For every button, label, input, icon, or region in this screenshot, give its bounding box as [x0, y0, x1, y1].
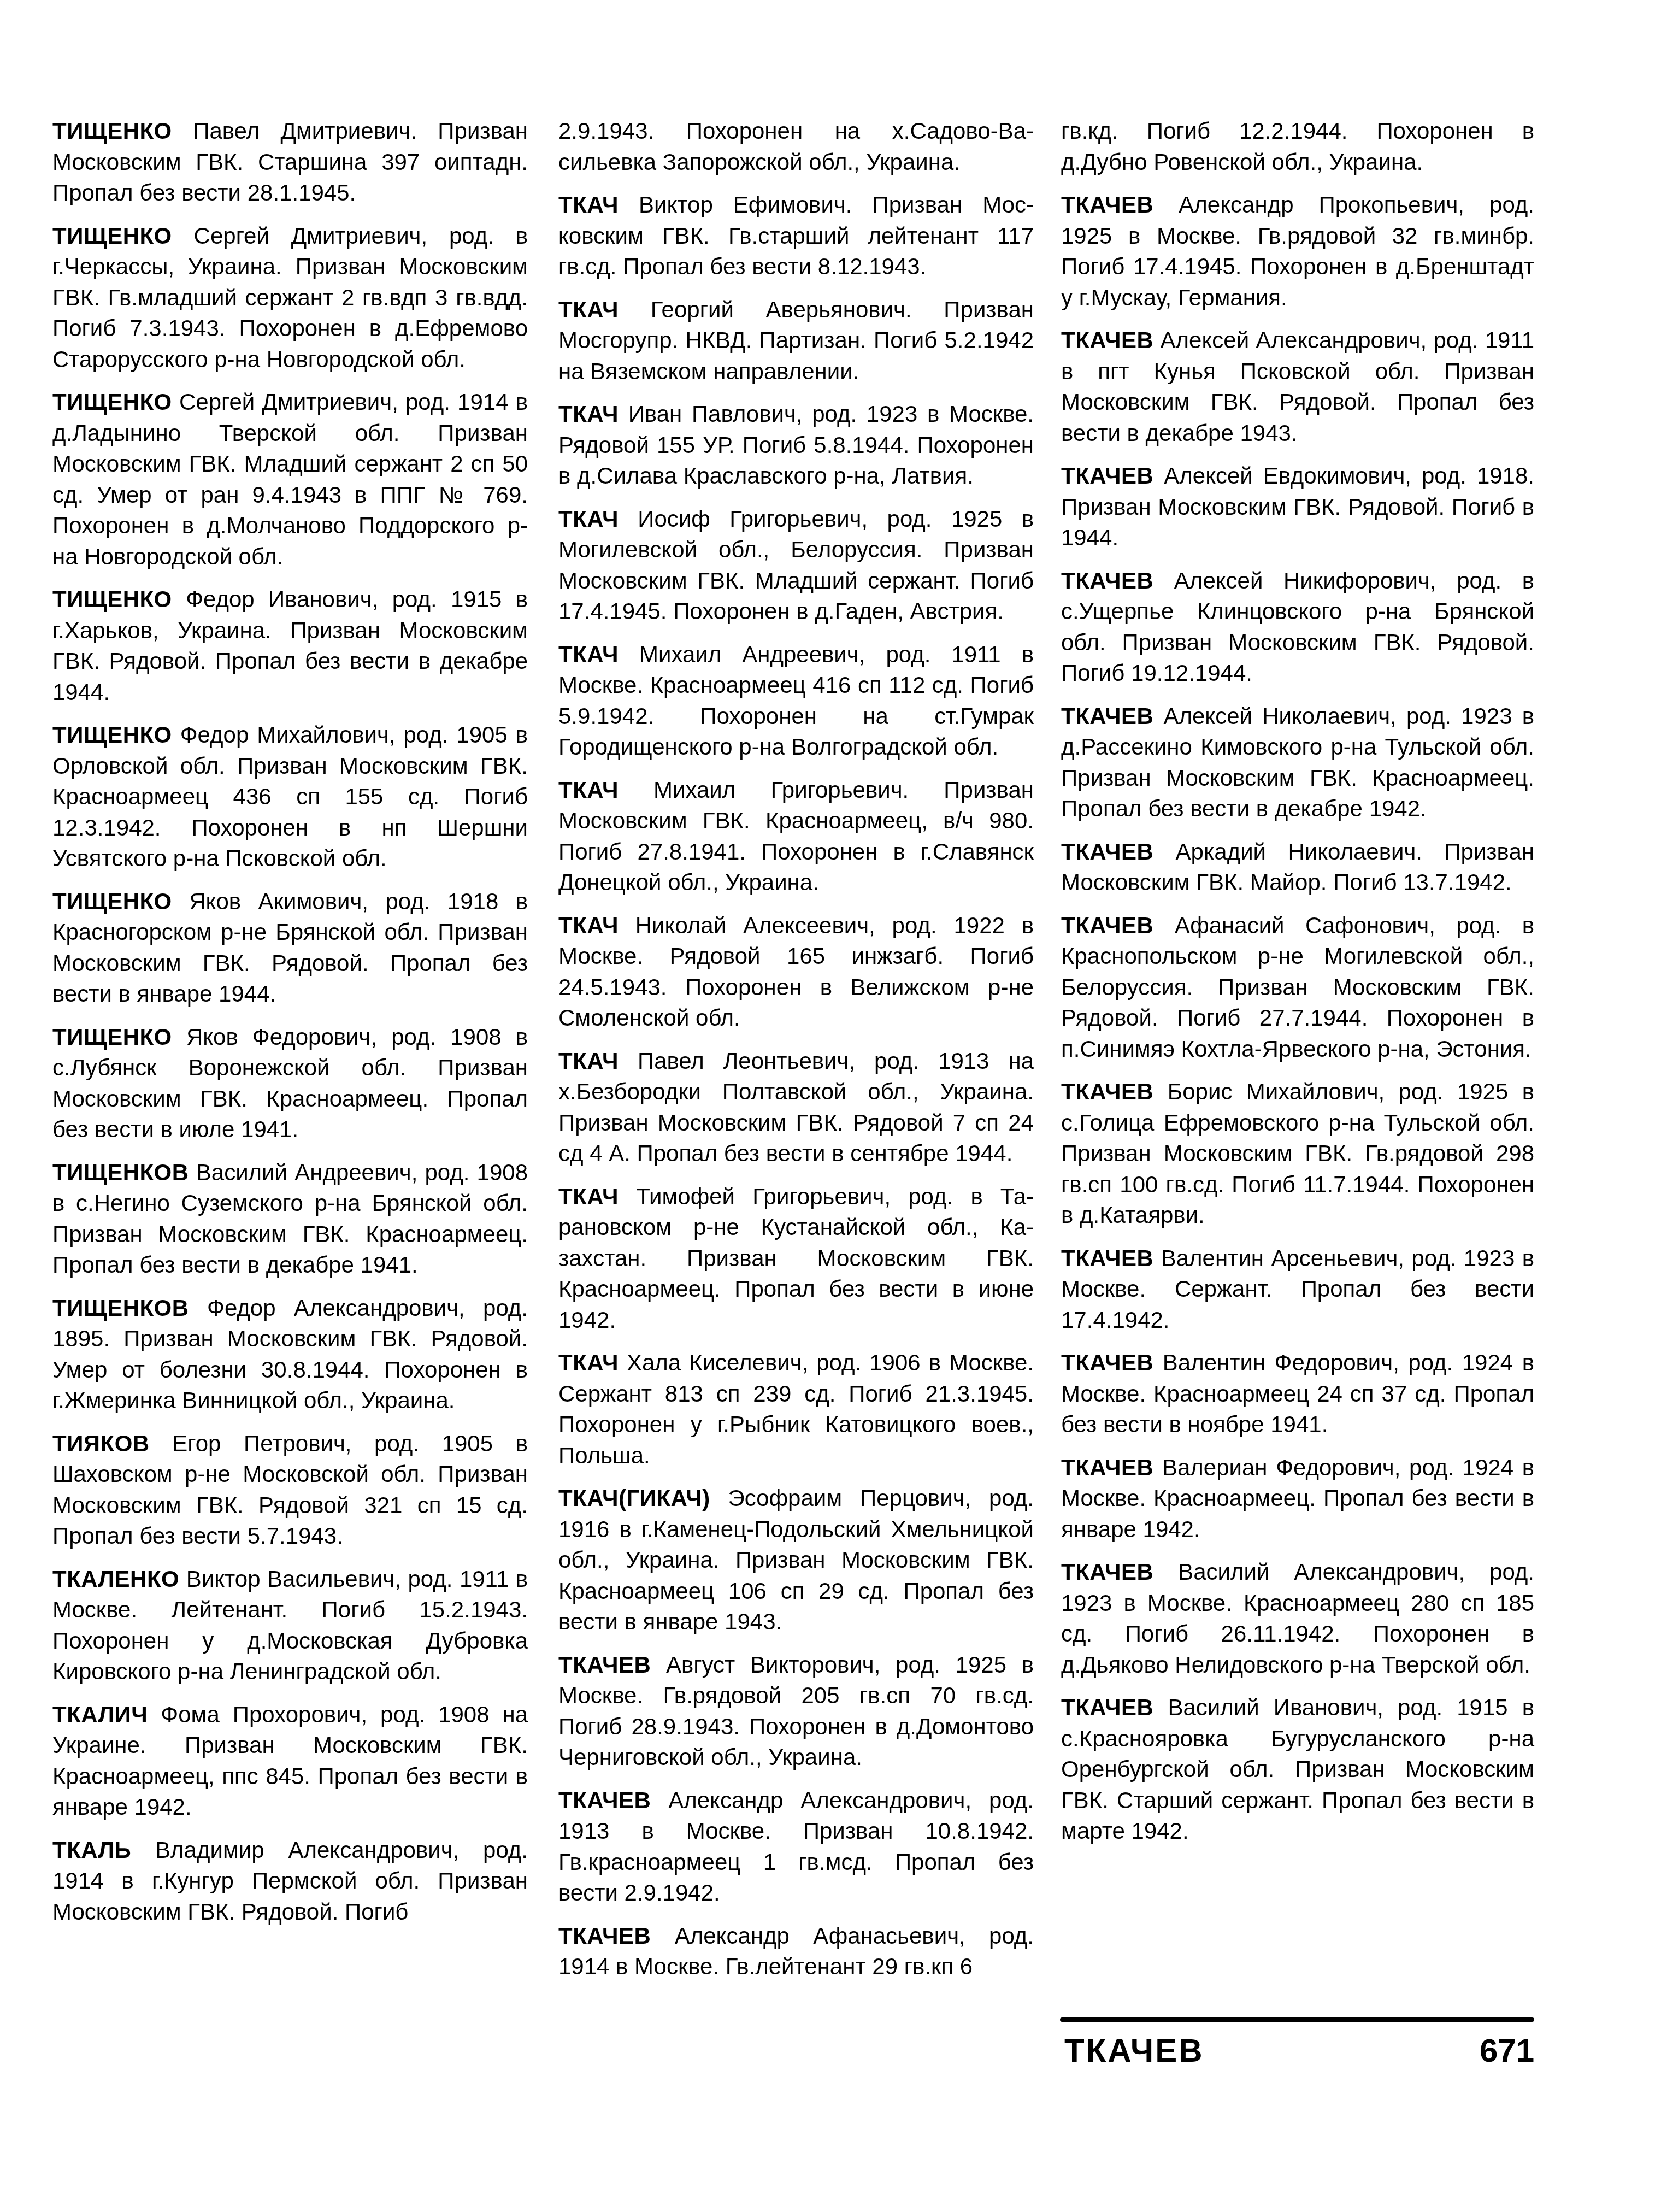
entry: ТИЩЕНКО Павел Дмитриевич. При­зван Моско…	[52, 116, 528, 209]
entry-surname: ТКАЧЕВ	[1061, 1455, 1153, 1480]
entry: ТКАЧ Иван Павлович, род. 1923 в Мос­кве.…	[558, 399, 1034, 492]
entry-text: Иван Павлович, род. 1923 в Мос­кве. Рядо…	[558, 401, 1034, 489]
entry-surname: ТКАЧ	[558, 192, 619, 217]
footer-rule	[1060, 2017, 1534, 2022]
entry: ТКАЧЕВ Аркадий Николаевич. Призван Моско…	[1061, 837, 1534, 898]
entry-surname: ТИЩЕНКО	[52, 889, 172, 914]
entry-surname: ТКАЧ	[558, 777, 619, 803]
entry-surname: ТКАЧЕВ	[1061, 1559, 1153, 1585]
column-1: ТИЩЕНКО Павел Дмитриевич. При­зван Моско…	[52, 116, 528, 1939]
page-number: 671	[1453, 2032, 1534, 2069]
entry-surname: ТКАЧЕВ	[1061, 913, 1153, 938]
entry-surname: ТКАЧЕВ	[1061, 568, 1153, 593]
entry: ТКАЧ Виктор Ефимович. Призван Мос­ковски…	[558, 190, 1034, 283]
book-page: ТИЩЕНКО Павел Дмитриевич. При­зван Моско…	[0, 0, 1661, 2212]
entry-surname: ТКАЧЕВ	[1061, 1695, 1153, 1720]
entry-surname: ТКАЧЕВ	[558, 1652, 651, 1678]
entry-surname: ТИЩЕНКОВ	[52, 1295, 189, 1321]
entry-surname: ТКАЧЕВ	[1061, 839, 1153, 864]
entry-text: Павел Леонтьевич, род. 1913 на х.Безборо…	[558, 1048, 1034, 1167]
entry: ТКАЧЕВ Борис Михайлович, род. 1925 в с.Г…	[1061, 1076, 1534, 1231]
entry-surname: ТКАЧ	[558, 913, 619, 938]
entry: ТКАЧ Тимофей Григорьевич, род. в Та­рано…	[558, 1181, 1034, 1336]
entry: ТКАЧ Павел Леонтьевич, род. 1913 на х.Бе…	[558, 1046, 1034, 1169]
entry: ТКАЧЕВ Василий Александрович, род. 1923 …	[1061, 1557, 1534, 1680]
entry: ТКАЛИЧ Фома Прохорович, род. 1908 на Укр…	[52, 1699, 528, 1823]
entry-surname: ТКАЧЕВ	[558, 1787, 651, 1813]
entry-continuation: 2.9.1943. Похоронен на х.Садово-Ва­силье…	[558, 116, 1034, 178]
entry-surname: ТКАЧ	[558, 506, 619, 532]
entry-surname: ТИЩЕНКО	[52, 223, 172, 249]
entry-surname: ТКАЧЕВ	[1061, 1245, 1153, 1271]
entry: ТКАЧЕВ Алексей Евдокимович, род. 1918. П…	[1061, 461, 1534, 554]
entry: ТКАЛЬ Владимир Александрович, род. 1914 …	[52, 1835, 528, 1928]
entry: ТИЩЕНКОВ Федор Александрович, род. 1895.…	[52, 1293, 528, 1416]
entry: ТКАЧЕВ Август Викторович, род. 1925 в Мо…	[558, 1650, 1034, 1773]
entry: ТИЩЕНКОВ Василий Андреевич, род. 1908 в …	[52, 1157, 528, 1281]
column-2: 2.9.1943. Похоронен на х.Садово-Ва­силье…	[558, 116, 1034, 1995]
entry: ТКАЧЕВ Александр Афанасьевич, род. 1914 …	[558, 1921, 1034, 1982]
entry-surname: ТКАЧЕВ	[1061, 192, 1153, 217]
entry-surname: ТИЩЕНКО	[52, 1024, 172, 1050]
entry: ТКАЧЕВ Валентин Федорович, род. 1924 в М…	[1061, 1348, 1534, 1440]
entry-continuation: гв.кд. Погиб 12.2.1944. Похоронен в д.Ду…	[1061, 116, 1534, 178]
entry-surname: ТКАЧЕВ	[558, 1923, 651, 1949]
entry: ТКАЧЕВ Афанасий Сафонович, род. в Красно…	[1061, 910, 1534, 1065]
entry-surname: ТКАЧ(ГИКАЧ)	[558, 1485, 710, 1511]
entry: ТКАЧ Георгий Аверьянович. Призван Мосгор…	[558, 295, 1034, 387]
entry: ТКАЧ Николай Алексеевич, род. 1922 в Мос…	[558, 910, 1034, 1034]
entry-surname: ТКАЧЕВ	[1061, 703, 1153, 729]
entry: ТИЩЕНКО Сергей Дмитриевич, род. 1914 в д…	[52, 387, 528, 572]
entry: ТКАЧ Михаил Андреевич, род. 1911 в Москв…	[558, 639, 1034, 763]
entry: ТКАЧ Михаил Григорьевич. Призван Московс…	[558, 775, 1034, 898]
entry-text: Николай Алексеевич, род. 1922 в Москве. …	[558, 913, 1034, 1031]
entry: ТКАЧ(ГИКАЧ) Эсофраим Перцович, род. 1916…	[558, 1483, 1034, 1638]
entry-text: Хала Киселевич, род. 1906 в Мо­скве. Сер…	[558, 1350, 1034, 1468]
entry: ТИЩЕНКО Сергей Дмитриевич, род. в г.Черк…	[52, 221, 528, 375]
entry-surname: ТКАЧЕВ	[1061, 463, 1153, 489]
entry: ТИЯКОВ Егор Петрович, род. 1905 в Шаховс…	[52, 1428, 528, 1552]
entry-surname: ТКАЧЕВ	[1061, 327, 1153, 353]
entry-text: Михаил Андреевич, род. 1911 в Москве. Кр…	[558, 642, 1034, 760]
entry-surname: ТКАЛЕНКО	[52, 1566, 179, 1592]
entry: ТКАЧЕВ Александр Прокопьевич, род. 1925 …	[1061, 190, 1534, 313]
entry-text: 2.9.1943. Похоронен на х.Садово-Ва­силье…	[558, 118, 1034, 175]
entry-surname: ТИЩЕНКО	[52, 389, 172, 415]
entry-surname: ТКАЧЕВ	[1061, 1350, 1153, 1375]
entry: ТКАЧ Иосиф Григорьевич, род. 1925 в Моги…	[558, 504, 1034, 627]
entry: ТКАЧЕВ Алексей Николаевич, род. 1923 в д…	[1061, 701, 1534, 825]
running-head: ТКАЧЕВ	[1064, 2032, 1204, 2069]
entry: ТКАЧЕВ Алексей Никифорович, род. в с.Уще…	[1061, 566, 1534, 689]
entry: ТКАЧЕВ Валентин Арсеньевич, род. 1923 в …	[1061, 1243, 1534, 1336]
entry-surname: ТКАЧЕВ	[1061, 1079, 1153, 1104]
entry-text: Михаил Григорьевич. Призван Московским Г…	[558, 777, 1034, 896]
entry-surname: ТКАЧ	[558, 297, 619, 322]
entry: ТКАЧЕВ Александр Александрович, род. 191…	[558, 1785, 1034, 1909]
entry-surname: ТКАЧ	[558, 1350, 619, 1375]
entry-text: Георгий Аверьянович. Призван Мосгорупр. …	[558, 297, 1034, 384]
entry: ТИЩЕНКО Федор Иванович, род. 1915 в г.Ха…	[52, 584, 528, 708]
entry-surname: ТКАЧ	[558, 401, 619, 427]
entry-text: Виктор Ефимович. Призван Мос­ковским ГВК…	[558, 192, 1034, 279]
entry-surname: ТИЯКОВ	[52, 1431, 150, 1456]
entry: ТИЩЕНКО Федор Михайлович, род. 1905 в Ор…	[52, 720, 528, 874]
entry-surname: ТКАЛИЧ	[52, 1702, 148, 1727]
column-3: гв.кд. Погиб 12.2.1944. Похоронен в д.Ду…	[1061, 116, 1534, 1859]
entry-surname: ТИЩЕНКОВ	[52, 1160, 189, 1185]
entry: ТКАЧЕВ Валериан Федорович, род. 1924 в М…	[1061, 1452, 1534, 1545]
entry-surname: ТКАЛЬ	[52, 1837, 131, 1863]
entry-surname: ТКАЧ	[558, 1048, 619, 1074]
entry-surname: ТКАЧ	[558, 1184, 619, 1209]
entry-surname: ТИЩЕНКО	[52, 118, 172, 144]
entry: ТКАЧЕВ Василий Иванович, род. 1915 в с.К…	[1061, 1692, 1534, 1847]
entry: ТИЩЕНКО Яков Акимович, род. 1918 в Красн…	[52, 886, 528, 1010]
entry: ТКАЛЕНКО Виктор Васильевич, род. 1911 в …	[52, 1564, 528, 1687]
entry-surname: ТКАЧ	[558, 642, 619, 667]
entry-surname: ТИЩЕНКО	[52, 586, 172, 612]
entry-text: Сергей Дмитриевич, род. 1914 в д.Ладынин…	[52, 389, 528, 569]
entry-text: Тимофей Григорьевич, род. в Та­рановском…	[558, 1184, 1034, 1333]
entry: ТКАЧЕВ Алексей Александрович, род. 1911 …	[1061, 325, 1534, 449]
entry: ТИЩЕНКО Яков Федорович, род. 1908 в с.Лу…	[52, 1022, 528, 1145]
entry-text: Иосиф Григорьевич, род. 1925 в Могилевск…	[558, 506, 1034, 625]
entry-text: гв.кд. Погиб 12.2.1944. Похоронен в д.Ду…	[1061, 118, 1534, 175]
entry-surname: ТИЩЕНКО	[52, 722, 172, 748]
entry: ТКАЧ Хала Киселевич, род. 1906 в Мо­скве…	[558, 1348, 1034, 1471]
